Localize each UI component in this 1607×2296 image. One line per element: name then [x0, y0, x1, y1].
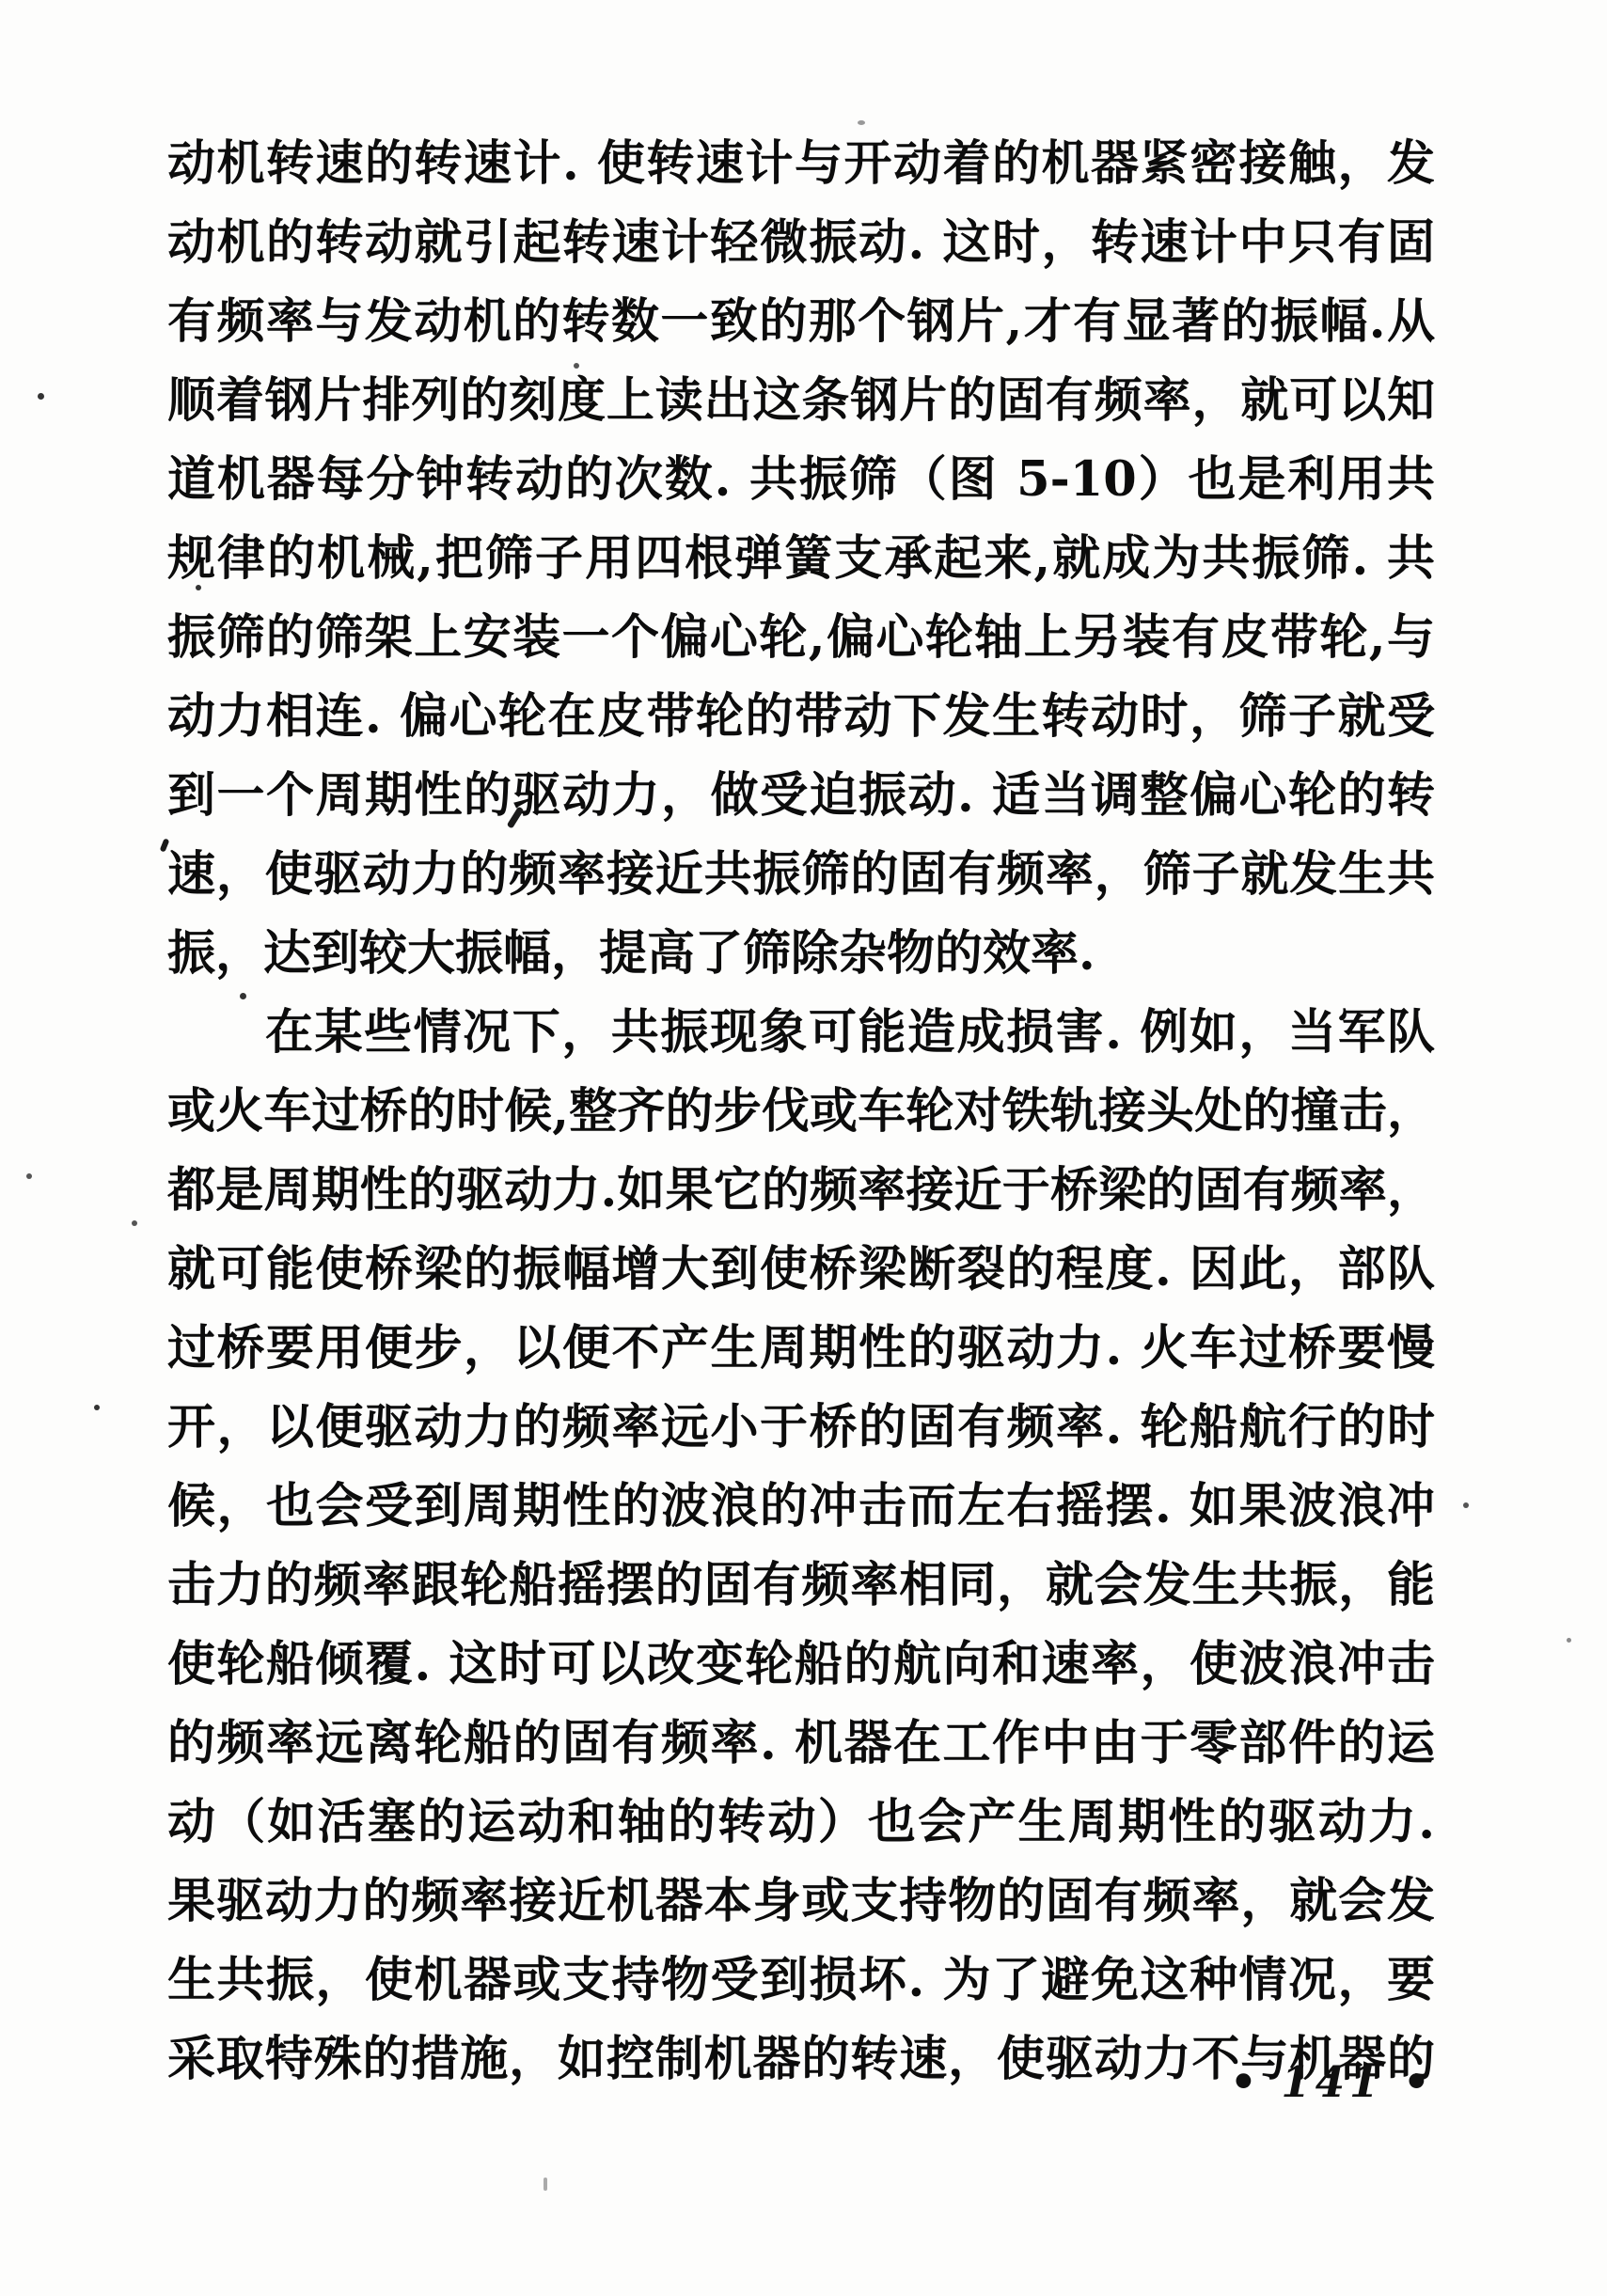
body-text: 动机转速的转速计. 使转速计与开动着的机器紧密接触，发 动机的转动就引起转速计轻… — [167, 124, 1435, 2099]
text-line: 就可能使桥梁的振幅增大到使桥梁断裂的程度. 因此，部队 — [167, 1230, 1435, 1309]
text-line: 开，以便驱动力的频率远小于桥的固有频率. 轮船航行的时 — [167, 1388, 1435, 1467]
text-line: 或火车过桥的时候,整齐的步伐或车轮对铁轨接头处的撞击， — [167, 1072, 1435, 1151]
text-line: 道机器每分钟转动的次数. 共振筛（图 5-10）也是利用共振 — [167, 440, 1435, 519]
text-line: 动力相连. 偏心轮在皮带轮的带动下发生转动时，筛子就受 — [167, 677, 1435, 756]
text-line: 动机转速的转速计. 使转速计与开动着的机器紧密接触，发 — [167, 124, 1435, 203]
text-line: 候，也会受到周期性的波浪的冲击而左右摇摆. 如果波浪冲 — [167, 1467, 1435, 1546]
scan-speck — [858, 120, 865, 125]
scan-speck — [132, 1220, 137, 1226]
scan-speck — [1463, 1502, 1469, 1508]
text-line: 有频率与发动机的转数一致的那个钢片,才有显著的振幅.从 — [167, 282, 1435, 361]
text-line: 到一个周期性的驱动力，做受迫振动. 适当调整偏心轮的转 — [167, 756, 1435, 835]
scan-speck — [574, 363, 579, 369]
scan-speck — [240, 993, 246, 999]
text-line: 生共振，使机器或支持物受到损坏. 为了避免这种情况，要 — [167, 1941, 1435, 2020]
text-line: 速，使驱动力的频率接近共振筛的固有频率，筛子就发生共 — [167, 835, 1435, 914]
text-line-paragraph-start: 在某些情况下，共振现象可能造成损害. 例如，当军队 — [167, 993, 1435, 1072]
text-line: 顺着钢片排列的刻度上读出这条钢片的固有频率，就可以知 — [167, 361, 1435, 440]
text-line: 的频率远离轮船的固有频率. 机器在工作中由于零部件的运 — [167, 1704, 1435, 1783]
scan-speck — [1567, 1638, 1571, 1643]
text-line: 都是周期性的驱动力.如果它的频率接近于桥梁的固有频率， — [167, 1151, 1435, 1230]
page-number: • 141 • — [1230, 2057, 1435, 2107]
text-line: 果驱动力的频率接近机器本身或支持物的固有频率，就会发 — [167, 1862, 1435, 1941]
text-line: 规律的机械,把筛子用四根弹簧支承起来,就成为共振筛. 共 — [167, 519, 1435, 598]
text-line: 动机的转动就引起转速计轻微振动. 这时，转速计中只有固 — [167, 203, 1435, 282]
text-line: 击力的频率跟轮船摇摆的固有频率相同，就会发生共振，能 — [167, 1546, 1435, 1625]
scan-mark — [544, 2178, 547, 2191]
text-line: 使轮船倾覆. 这时可以改变轮船的航向和速率，使波浪冲击 — [167, 1625, 1435, 1704]
scan-speck — [38, 393, 44, 400]
scan-speck — [94, 1405, 100, 1410]
scanned-page: 动机转速的转速计. 使转速计与开动着的机器紧密接触，发 动机的转动就引起转速计轻… — [0, 0, 1607, 2296]
text-line: 振筛的筛架上安装一个偏心轮,偏心轮轴上另装有皮带轮,与 — [167, 598, 1435, 677]
text-line: 过桥要用便步，以便不产生周期性的驱动力. 火车过桥要慢 — [167, 1309, 1435, 1388]
text-line: 振，达到较大振幅，提高了筛除杂物的效率. — [167, 914, 1435, 993]
scan-speck — [26, 1173, 32, 1179]
text-line: 动（如活塞的运动和轴的转动）也会产生周期性的驱动力. 如 — [167, 1783, 1435, 1862]
scan-speck — [196, 585, 201, 590]
